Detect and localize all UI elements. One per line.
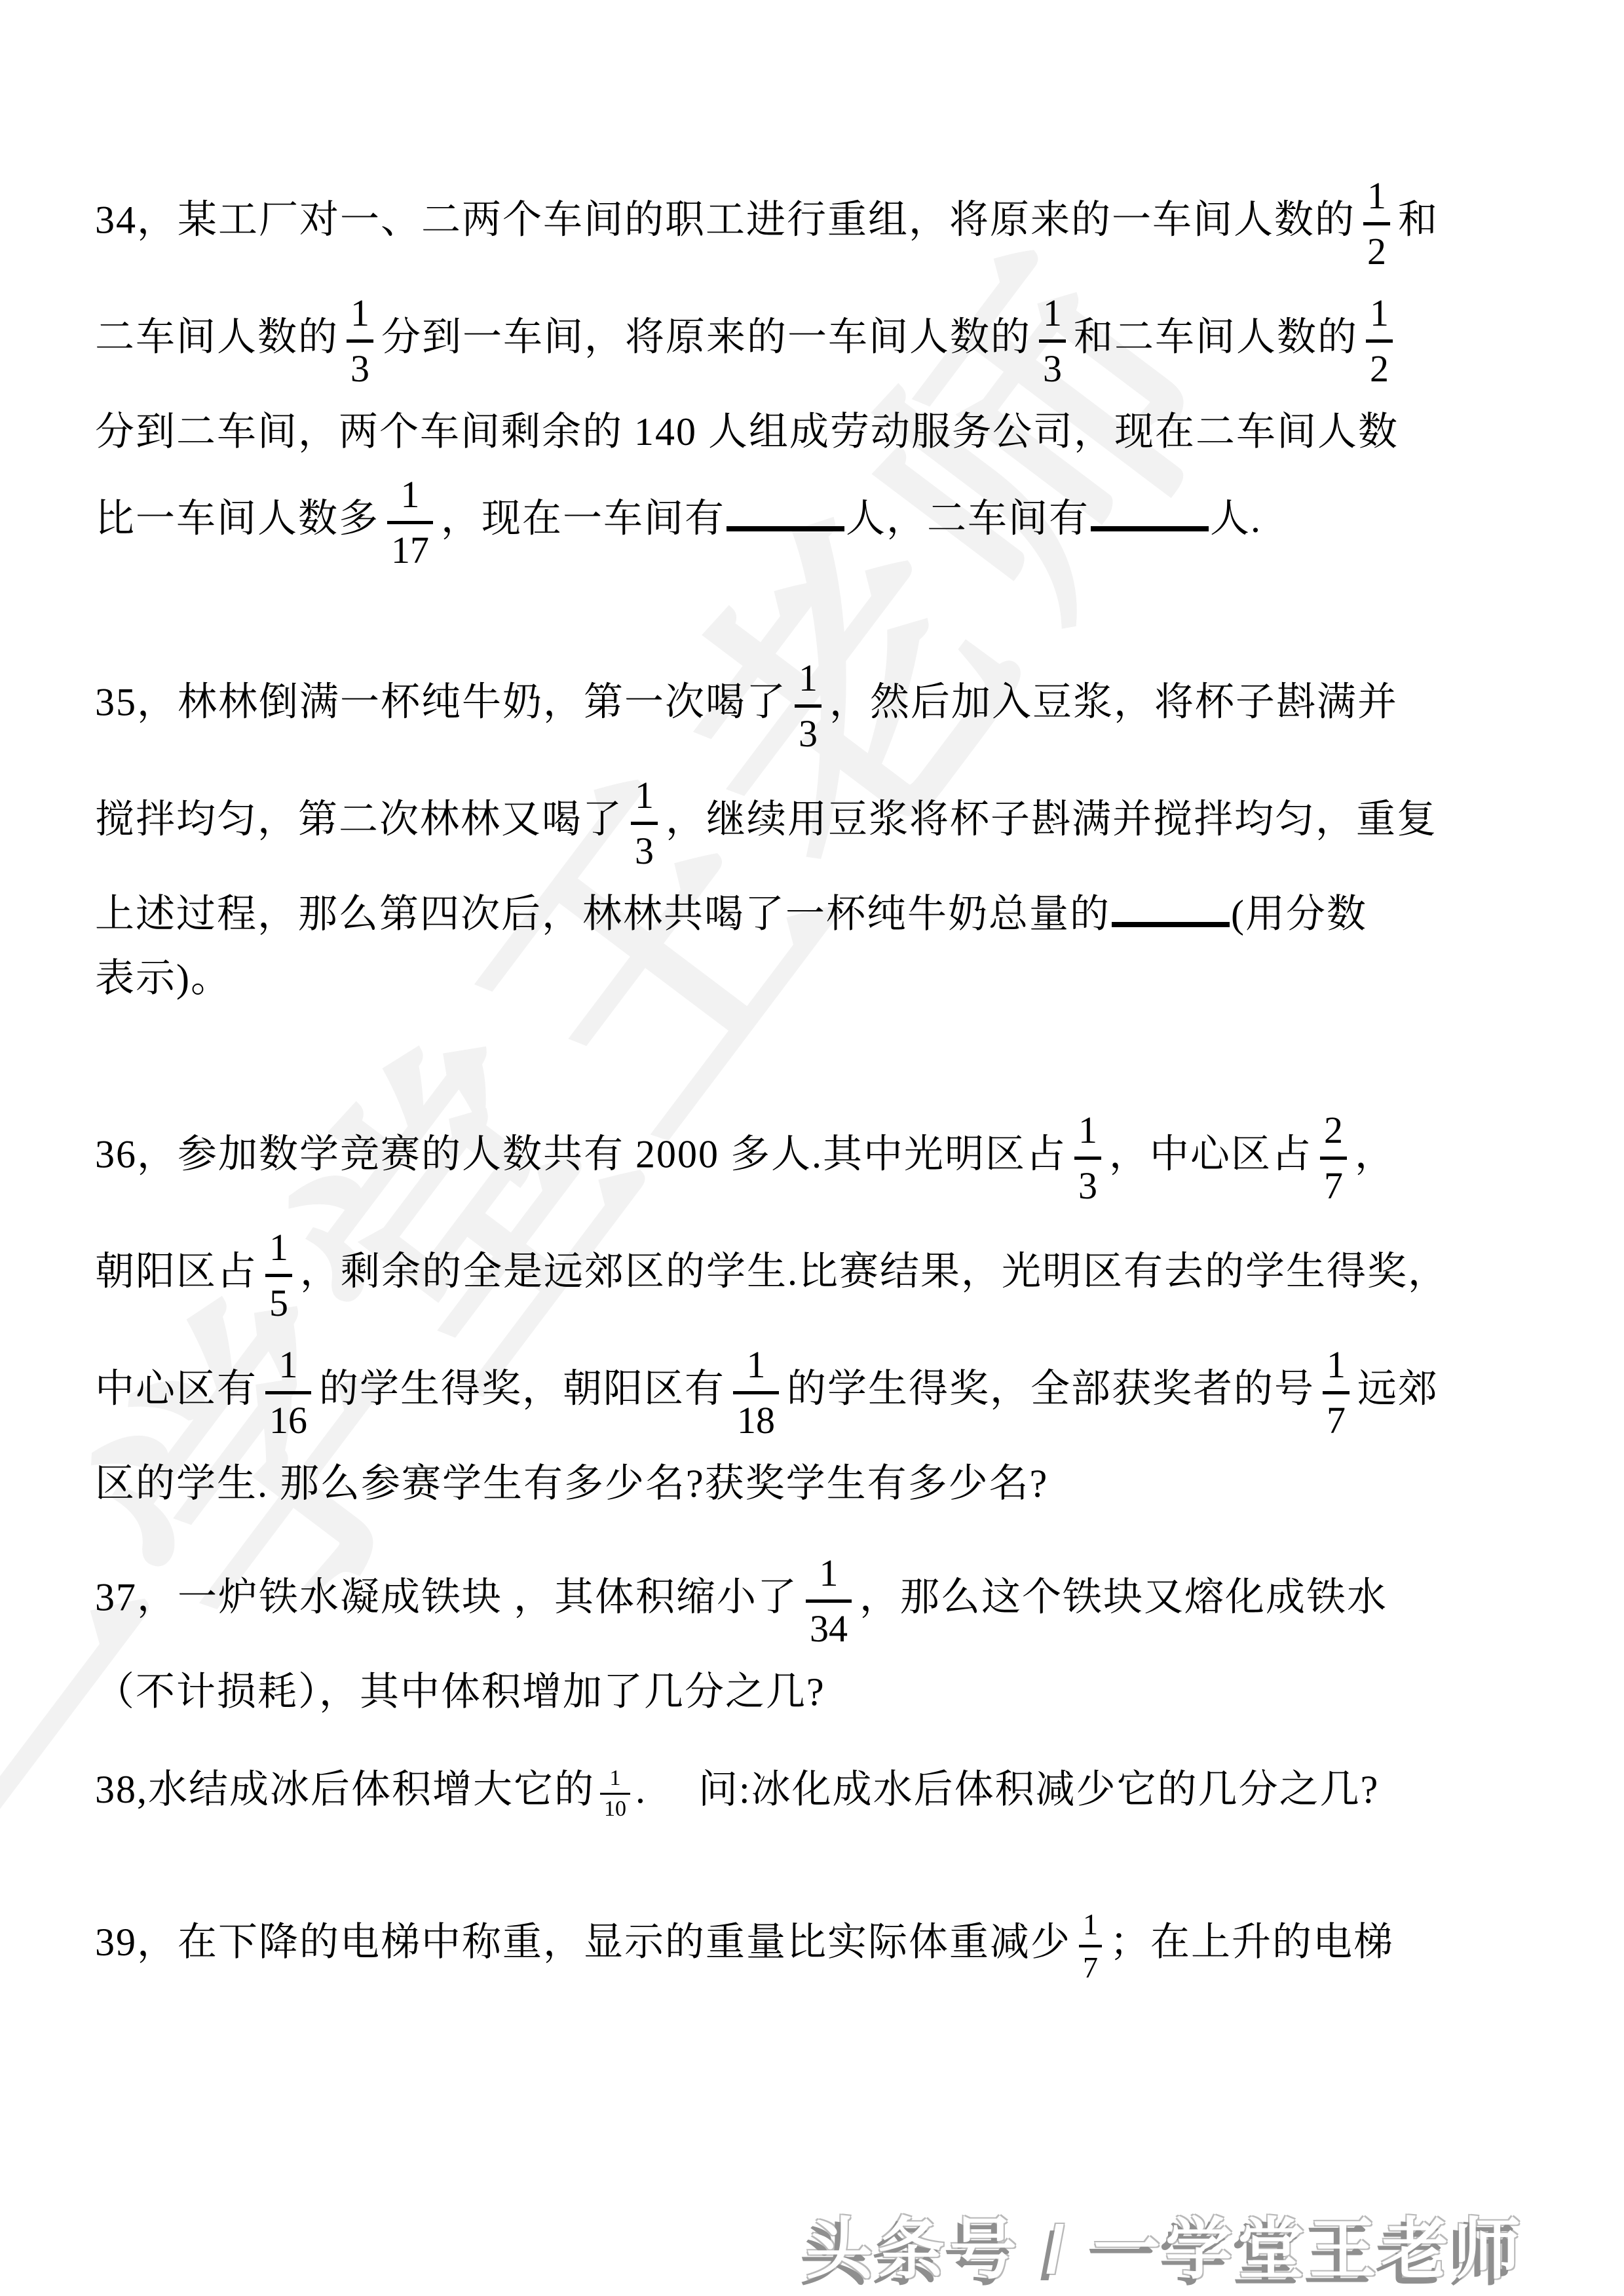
- fraction-denominator: 3: [795, 708, 821, 760]
- fraction-denominator: 7: [1323, 1394, 1350, 1447]
- fraction: 12: [1366, 287, 1393, 395]
- problem-37: 37，一炉铁水凝成铁块 ，其体积缩小了134，那么这个铁块又熔化成铁水（不计损耗…: [95, 1547, 1588, 1719]
- fraction-numerator: 1: [387, 469, 433, 524]
- problem-36: 36，参加数学竞赛的人数共有 2000 多人.其中光明区占13，中心区占27，朝…: [95, 1104, 1588, 1511]
- fraction: 13: [1039, 287, 1066, 395]
- fraction: 13: [347, 287, 373, 395]
- problem-line: 比一车间人数多117，现在一车间有人，二车间有人.: [95, 469, 1588, 577]
- text-run: 搅拌均匀，第二次林林又喝了: [95, 797, 623, 841]
- content: 34，某工厂对一、二两个车间的职工进行重组，将原来的一车间人数的12和二车间人数…: [0, 0, 1624, 1988]
- fraction-denominator: 18: [733, 1394, 779, 1447]
- text-run: 38,水结成冰后体积增大它的: [95, 1768, 595, 1811]
- fraction-denominator: 3: [631, 825, 658, 877]
- answer-blank: [1091, 497, 1209, 531]
- problem-line: 36，参加数学竞赛的人数共有 2000 多人.其中光明区占13，中心区占27，: [95, 1104, 1588, 1212]
- problem-34: 34，某工厂对一、二两个车间的职工进行重组，将原来的一车间人数的12和二车间人数…: [95, 170, 1588, 577]
- fraction: 117: [387, 469, 433, 577]
- problem-line: 搅拌均匀，第二次林林又喝了13，继续用豆浆将杯子斟满并搅拌均匀，重复: [95, 769, 1588, 877]
- text-run: 34，某工厂对一、二两个车间的职工进行重组，将原来的一车间人数的: [95, 198, 1355, 241]
- text-run: 朝阳区占: [95, 1250, 257, 1293]
- fraction-numerator: 1: [1074, 1104, 1101, 1160]
- footer-watermark: 头条号 / 一学堂王老师: [806, 2196, 1526, 2292]
- text-run: 区的学生. 那么参赛学生有多少名?获奖学生有多少名?: [95, 1462, 1048, 1505]
- text-run: ，现在一车间有: [441, 497, 725, 540]
- fraction-numerator: 1: [265, 1221, 292, 1277]
- fraction-numerator: 2: [1320, 1104, 1347, 1160]
- text-run: 和: [1398, 198, 1439, 241]
- problem-line: 35，林林倒满一杯纯牛奶，第一次喝了13，然后加入豆浆，将杯子斟满并: [95, 652, 1588, 760]
- fraction: 17: [1079, 1904, 1102, 1988]
- fraction-numerator: 1: [1079, 1904, 1102, 1947]
- fraction-denominator: 16: [265, 1394, 311, 1447]
- fraction-numerator: 1: [631, 769, 658, 825]
- problem-line: 区的学生. 那么参赛学生有多少名?获奖学生有多少名?: [95, 1456, 1588, 1511]
- fraction-numerator: 1: [733, 1339, 779, 1394]
- fraction-denominator: 3: [1039, 343, 1066, 395]
- text-run: 37，一炉铁水凝成铁块 ，其体积缩小了: [95, 1575, 798, 1618]
- fraction: 134: [806, 1547, 852, 1655]
- fraction-numerator: 1: [806, 1547, 852, 1603]
- text-run: 上述过程，那么第四次后，林林共喝了一杯纯牛奶总量的: [95, 892, 1110, 936]
- text-run: 分到一车间，将原来的一车间人数的: [381, 315, 1031, 358]
- problem-35: 35，林林倒满一杯纯牛奶，第一次喝了13，然后加入豆浆，将杯子斟满并搅拌均匀，第…: [95, 652, 1588, 1006]
- text-run: 和二车间人数的: [1074, 315, 1358, 358]
- text-run: 比一车间人数多: [95, 497, 379, 540]
- problem-line: 表示)。: [95, 951, 1588, 1006]
- fraction-numerator: 1: [1323, 1339, 1350, 1394]
- fraction: 27: [1320, 1104, 1347, 1212]
- fraction-numerator: 1: [600, 1764, 630, 1795]
- problem-line: 39，在下降的电梯中称重，显示的重量比实际体重减少17；在上升的电梯: [95, 1904, 1588, 1988]
- problem-line: 37，一炉铁水凝成铁块 ，其体积缩小了134，那么这个铁块又熔化成铁水: [95, 1547, 1588, 1655]
- text-run: 表示)。: [95, 957, 231, 1000]
- text-run: ，然后加入豆浆，将杯子斟满并: [829, 680, 1398, 723]
- fraction-numerator: 1: [795, 652, 821, 708]
- text-run: (用分数: [1231, 892, 1367, 936]
- text-run: 远郊: [1357, 1367, 1439, 1410]
- problem-line: 中心区有116的学生得奖，朝阳区有118的学生得奖，全部获奖者的号17远郊: [95, 1339, 1588, 1447]
- fraction-denominator: 7: [1079, 1947, 1102, 1988]
- fraction: 17: [1323, 1339, 1350, 1447]
- fraction-numerator: 1: [1039, 287, 1066, 343]
- text-run: 的学生得奖，全部获奖者的号: [787, 1367, 1315, 1410]
- fraction: 116: [265, 1339, 311, 1447]
- problem-line: 二车间人数的13分到一车间，将原来的一车间人数的13和二车间人数的12: [95, 287, 1588, 395]
- fraction-denominator: 17: [387, 524, 433, 577]
- problem-line: 朝阳区占15，剩余的全是远郊区的学生.比赛结果，光明区有去的学生得奖，: [95, 1221, 1588, 1330]
- text-run: 人，二车间有: [846, 497, 1089, 540]
- text-run: 分到二车间，两个车间剩余的 140 人组成劳动服务公司，现在二车间人数: [95, 410, 1399, 453]
- fraction: 13: [795, 652, 821, 760]
- fraction-denominator: 2: [1366, 343, 1393, 395]
- answer-blank: [1112, 893, 1230, 927]
- fraction-numerator: 1: [347, 287, 373, 343]
- text-run: ，那么这个铁块又熔化成铁水: [859, 1575, 1388, 1618]
- fraction-denominator: 34: [806, 1603, 852, 1655]
- answer-blank: [727, 497, 844, 531]
- text-run: ，剩余的全是远郊区的学生.比赛结果，光明区有去的学生得奖，: [300, 1250, 1448, 1293]
- fraction-denominator: 5: [265, 1277, 292, 1330]
- fraction: 15: [265, 1221, 292, 1330]
- problem-38: 38,水结成冰后体积增大它的110. 问:冰化成水后体积减少它的几分之几?: [95, 1762, 1588, 1824]
- problem-line: （不计损耗），其中体积增加了几分之几?: [95, 1664, 1588, 1719]
- fraction-denominator: 3: [1074, 1160, 1101, 1212]
- problem-line: 分到二车间，两个车间剩余的 140 人组成劳动服务公司，现在二车间人数: [95, 404, 1588, 459]
- problem-line: 38,水结成冰后体积增大它的110. 问:冰化成水后体积减少它的几分之几?: [95, 1762, 1588, 1824]
- fraction: 13: [631, 769, 658, 877]
- text-run: 39，在下降的电梯中称重，显示的重量比实际体重减少: [95, 1921, 1071, 1964]
- text-run: 人.: [1210, 497, 1262, 540]
- fraction: 118: [733, 1339, 779, 1447]
- text-run: 的学生得奖，朝阳区有: [319, 1367, 725, 1410]
- text-run: 35，林林倒满一杯纯牛奶，第一次喝了: [95, 680, 787, 723]
- fraction-numerator: 1: [1363, 170, 1390, 225]
- text-run: （不计损耗），其中体积增加了几分之几?: [95, 1670, 825, 1713]
- problem-line: 34，某工厂对一、二两个车间的职工进行重组，将原来的一车间人数的12和: [95, 170, 1588, 278]
- fraction-denominator: 10: [600, 1795, 630, 1824]
- text-run: ，继续用豆浆将杯子斟满并搅拌均匀，重复: [666, 797, 1437, 841]
- fraction-denominator: 7: [1320, 1160, 1347, 1212]
- text-run: . 问:冰化成水后体积减少它的几分之几?: [635, 1768, 1379, 1811]
- text-run: 二车间人数的: [95, 315, 339, 358]
- text-run: 36，参加数学竞赛的人数共有 2000 多人.其中光明区占: [95, 1132, 1067, 1176]
- text-run: ，: [1355, 1132, 1395, 1176]
- fraction: 13: [1074, 1104, 1101, 1212]
- fraction-denominator: 2: [1363, 225, 1390, 278]
- fraction: 110: [600, 1764, 630, 1824]
- fraction: 12: [1363, 170, 1390, 278]
- problem-line: 上述过程，那么第四次后，林林共喝了一杯纯牛奶总量的(用分数: [95, 887, 1588, 942]
- problem-39: 39，在下降的电梯中称重，显示的重量比实际体重减少17；在上升的电梯: [95, 1904, 1588, 1988]
- worksheet-page: 一学堂王老师 34，某工厂对一、二两个车间的职工进行重组，将原来的一车间人数的1…: [0, 0, 1624, 2296]
- text-run: ，中心区占: [1109, 1132, 1312, 1176]
- fraction-numerator: 1: [265, 1339, 311, 1394]
- text-run: ；在上升的电梯: [1110, 1921, 1394, 1964]
- fraction-denominator: 3: [347, 343, 373, 395]
- text-run: 中心区有: [95, 1367, 257, 1410]
- fraction-numerator: 1: [1366, 287, 1393, 343]
